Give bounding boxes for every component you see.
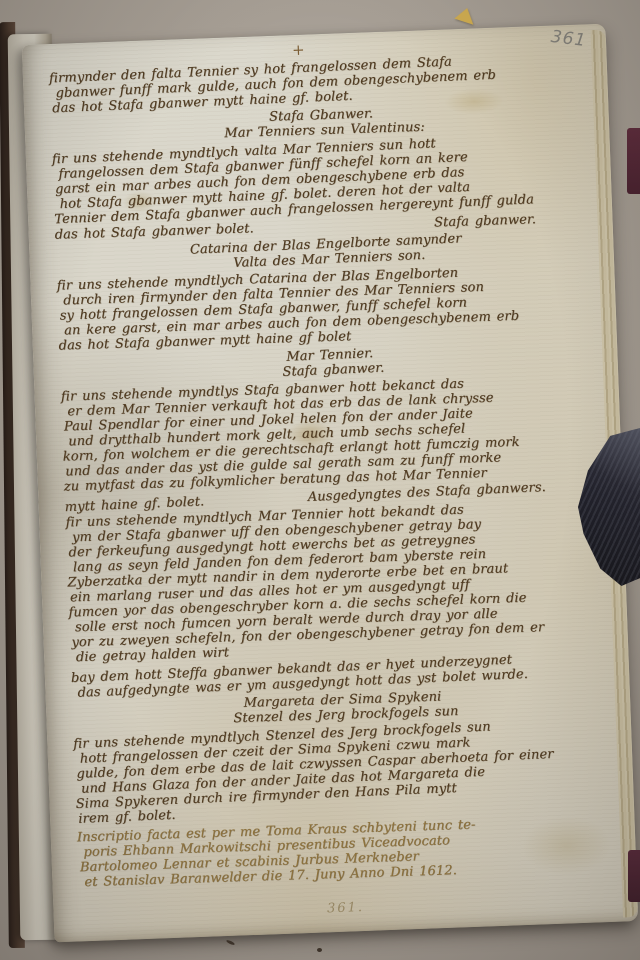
manuscript-heading-line: Stafa gbanwer. (434, 212, 536, 230)
manuscript-block: Inscriptio facta est per me Toma Kraus s… (77, 813, 620, 890)
manuscript-page: + 361 firmynder den falta Tennier sy hot… (22, 24, 639, 943)
photo-table-surface: + 361 firmynder den falta Tennier sy hot… (0, 0, 640, 960)
page-number-bottom: 361. (54, 890, 638, 926)
book-edge-maroon-bottom (628, 850, 640, 902)
plus-mark: + (292, 41, 305, 59)
book-edge-maroon-top (627, 128, 640, 194)
manuscript-block: fir uns stehende myndtlych Stenzel des J… (73, 714, 617, 827)
paper-fragment (454, 5, 477, 24)
table-speck (317, 948, 322, 952)
manuscript-text: firmynder den falta Tennier sy hot frang… (49, 50, 620, 894)
page-number-top-right: 361 (549, 27, 587, 51)
table-speck (226, 939, 235, 946)
manuscript-block: fir uns stehende myndtlych Mar Tennier h… (65, 498, 611, 665)
manuscript-block: fir uns stehende myndtlys Stafa gbanwer … (61, 372, 605, 494)
